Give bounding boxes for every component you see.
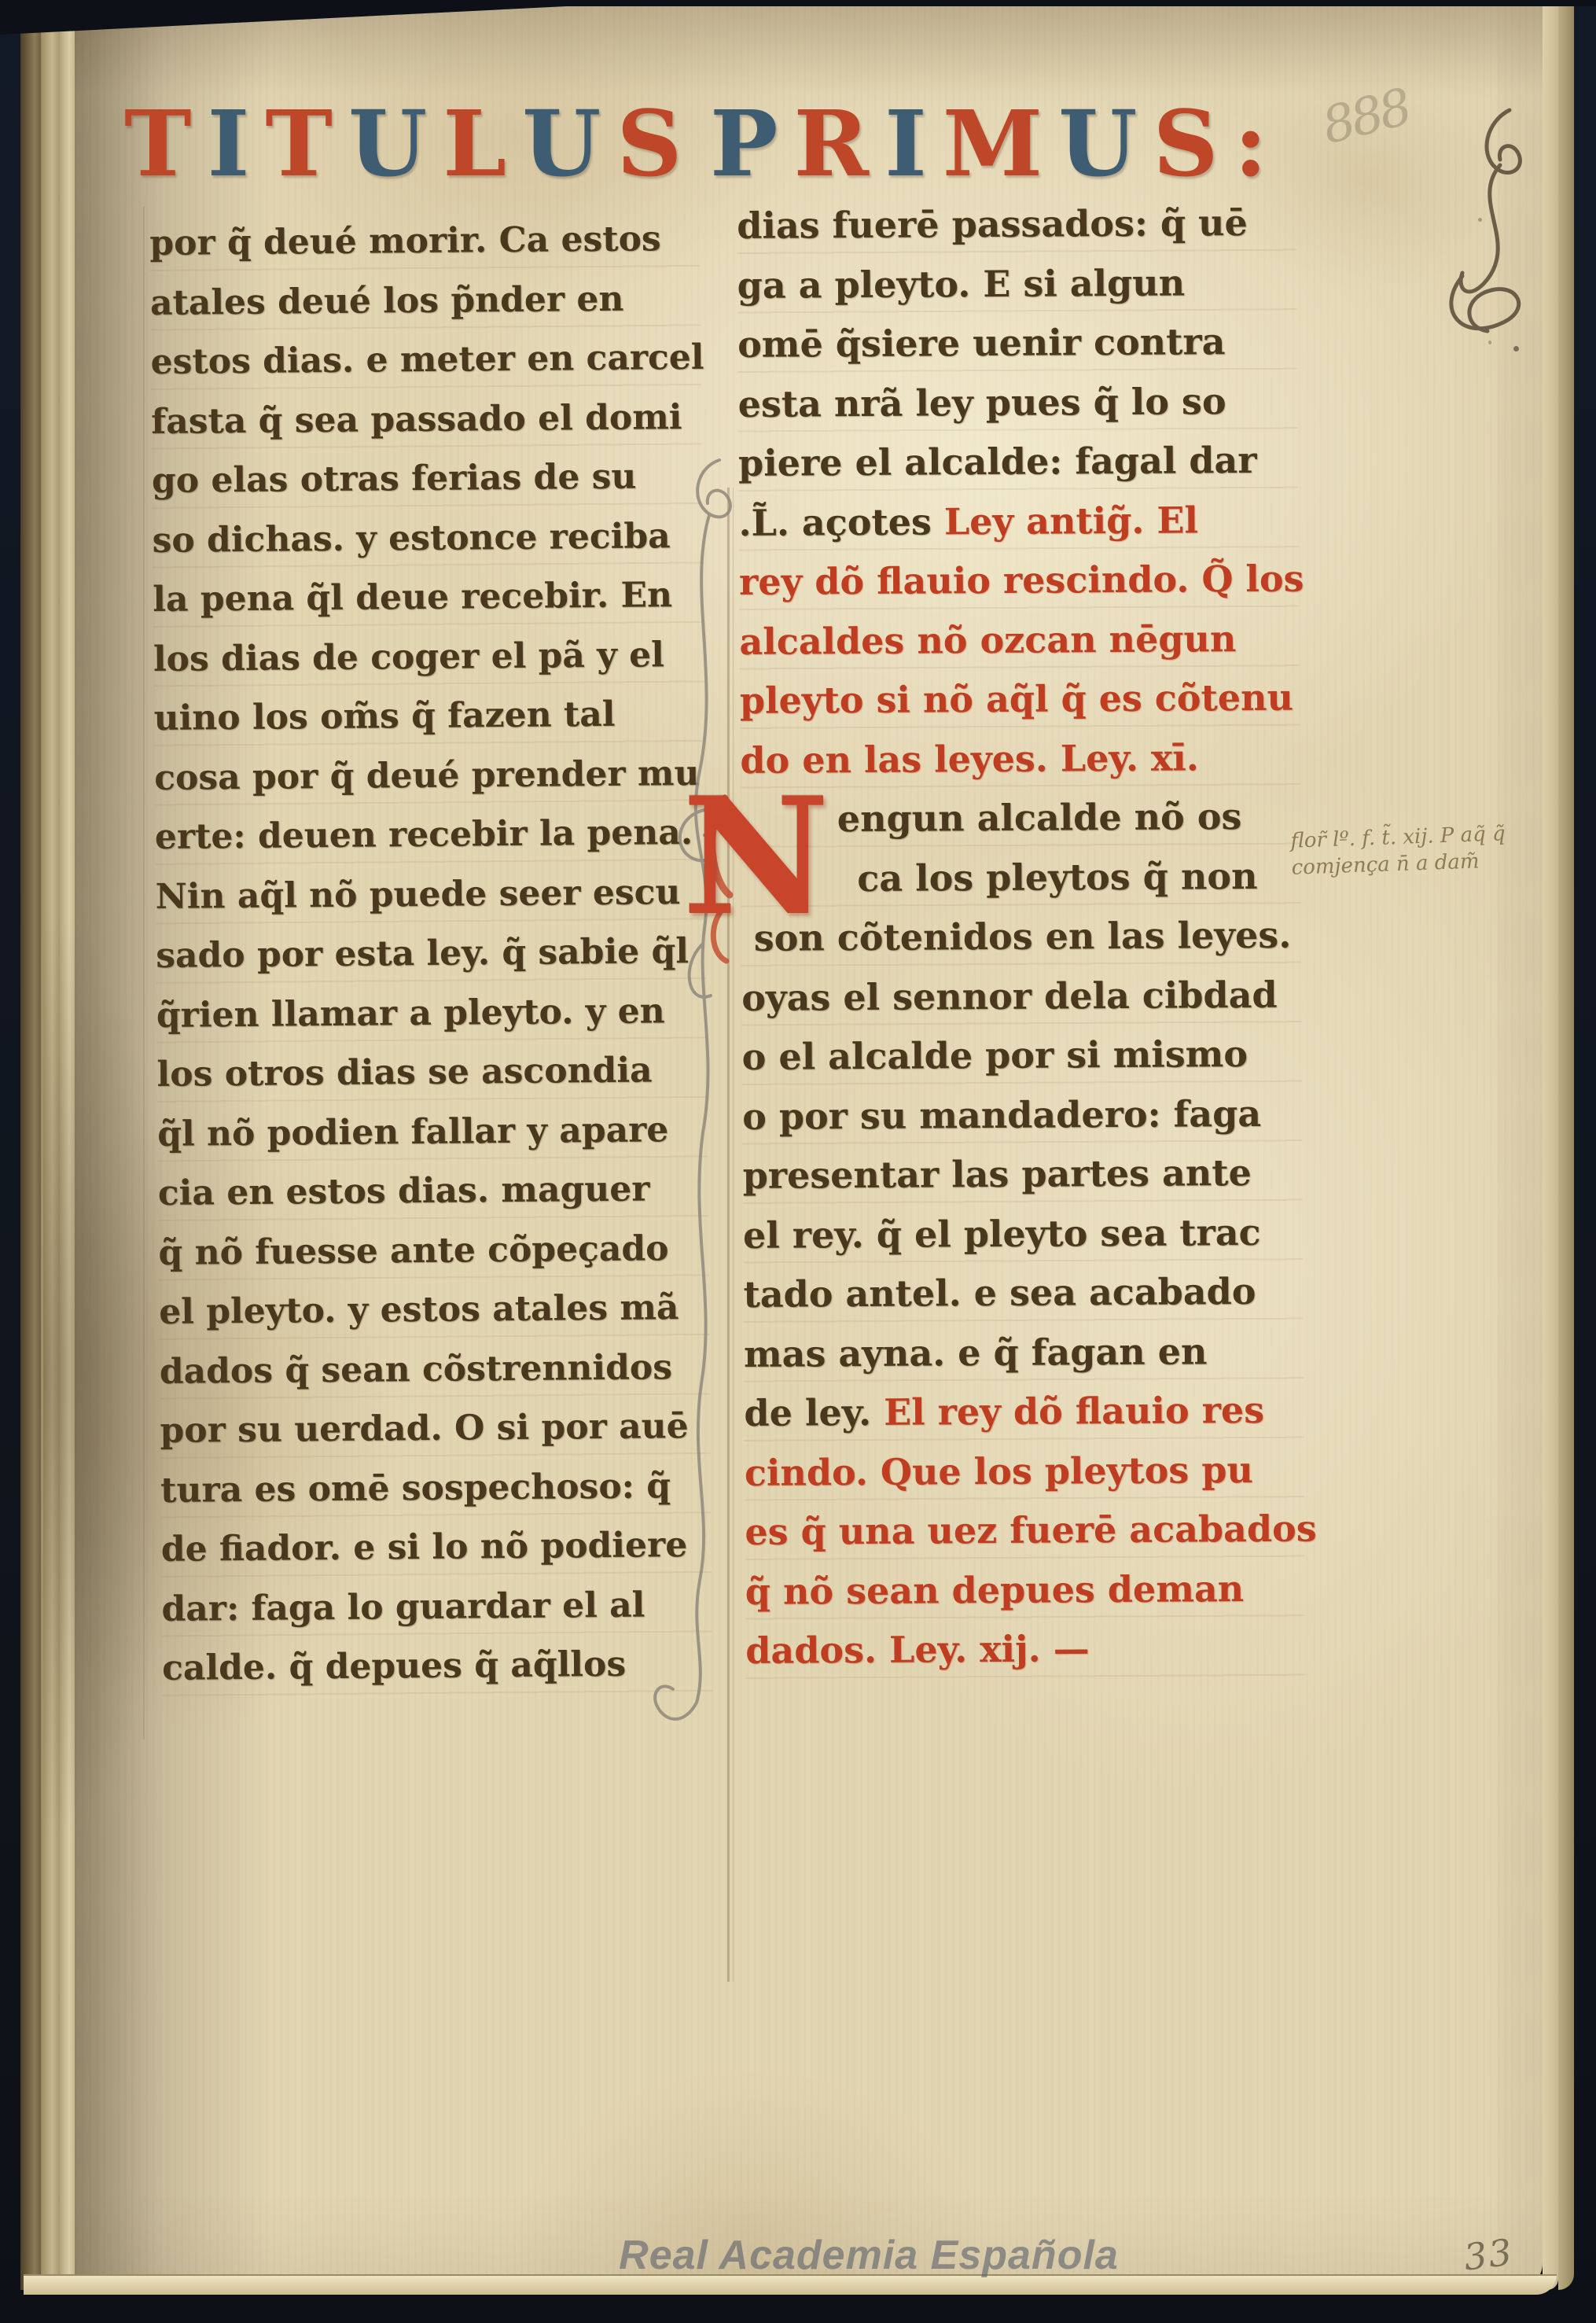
text-line: tura es omē sospechoso: q̃	[160, 1456, 712, 1520]
text-line: cindo. Que los pleytos pu	[745, 1440, 1304, 1503]
text-segment: presentar las partes ante	[742, 1151, 1251, 1197]
text-segment: erte: deuen recebir la pena.	[155, 812, 693, 857]
text-segment: engun alcalde nõ os	[837, 795, 1242, 840]
title-letter: S	[1153, 91, 1234, 197]
text-line: omē q̃siere uenir contra	[737, 312, 1297, 375]
text-segment: de fiador. e si lo nõ podiere	[161, 1525, 688, 1570]
text-line: cia en estos dias. maguer	[158, 1159, 709, 1224]
text-column-left: por q̃ deué morir. Ca estosatales deué l…	[149, 209, 712, 1699]
text-segment: dados q̃ sean cõstrennidos	[160, 1347, 673, 1392]
text-segment: El rey dõ flauio res	[884, 1389, 1264, 1434]
title-letter: P	[710, 91, 793, 197]
text-segment: dados. Ley. xij. —	[745, 1627, 1090, 1672]
text-segment: sado por esta ley. q̃ sabie q̃l	[156, 931, 689, 976]
text-segment: tura es omē sospechoso: q̃	[160, 1466, 671, 1511]
text-line: el rey. q̃ el pleyto sea trac	[743, 1202, 1303, 1265]
text-line: por su uerdad. O si por auē	[160, 1397, 711, 1461]
text-line: estos dias. e meter en carcel	[150, 328, 701, 392]
title-letter: I	[884, 91, 943, 197]
title-letter: M	[943, 91, 1058, 197]
title-letter: U	[1058, 91, 1153, 197]
title-letter: R	[793, 91, 884, 197]
text-line: dados. Ley. xij. —	[745, 1618, 1305, 1681]
text-line: rey dõ flauio rescindo. Q̃ los	[739, 550, 1299, 613]
text-line: .L̃. açotes Ley antig̃. El	[738, 490, 1298, 553]
title-letter: L	[443, 91, 522, 197]
title-letter: U	[348, 91, 443, 197]
text-line: pleyto si nõ aq̃l q̃ es cõtenu	[740, 668, 1300, 731]
text-line: go elas otras ferias de su	[152, 447, 703, 511]
text-segment: Ley antig̃. El	[944, 499, 1198, 543]
column-rule-left	[143, 206, 145, 1739]
text-line: es q̃ una uez fuerē acabados	[745, 1500, 1304, 1563]
title-letter: T	[124, 91, 208, 197]
text-line: por q̃ deué morir. Ca estos	[149, 209, 701, 274]
folio-number: 33	[1462, 2230, 1516, 2278]
title-letter: S	[616, 91, 697, 197]
text-segment: atales deué los p̃nder en	[150, 278, 624, 322]
text-segment: por q̃ deué morir. Ca estos	[149, 219, 661, 263]
title-letter: I	[208, 91, 266, 197]
text-line: q̃l nõ podien fallar y apare	[157, 1099, 708, 1164]
text-line: esta nrã ley pues q̃ lo so	[737, 371, 1297, 434]
text-line: piere el alcalde: fagal dar	[738, 431, 1298, 494]
text-line: Nin aq̃l nõ puede seer escu	[155, 862, 706, 926]
text-segment: oyas el sennor dela cibdad	[741, 973, 1278, 1018]
text-segment: cindo. Que los pleytos pu	[745, 1449, 1253, 1494]
text-line: presentar las partes ante	[742, 1143, 1302, 1206]
drop-cap-initial: N	[682, 777, 829, 938]
margin-annotation: flor̃ lº. f. t̃. xij. P aq̃ q̃ comjença …	[1290, 820, 1507, 881]
text-line: el pleyto. y estos atales mã	[159, 1278, 710, 1342]
text-segment: esta nrã ley pues q̃ lo so	[737, 380, 1226, 425]
text-segment: o por su mandadero: faga	[742, 1092, 1261, 1137]
text-line: dias fuerē passados: q̃ uē	[737, 193, 1296, 256]
text-line: sado por esta ley. q̃ sabie q̃l	[156, 922, 707, 986]
text-line: de ley. El rey dõ flauio res	[744, 1381, 1304, 1444]
text-segment: de ley.	[744, 1391, 884, 1434]
text-segment: los dias de coger el pã y el	[153, 635, 664, 679]
text-line: los dias de coger el pã y el	[153, 624, 704, 689]
text-segment: el rey. q̃ el pleyto sea trac	[743, 1210, 1261, 1256]
text-segment: q̃ nõ sean depues deman	[745, 1567, 1245, 1613]
text-line: dar: faga lo guardar el al	[161, 1574, 712, 1639]
title-letter: U	[522, 91, 616, 197]
text-segment: cosa por q̃ deué prender mu	[154, 753, 700, 797]
text-line: o el alcalde por si mismo	[741, 1025, 1301, 1088]
text-line: q̃ nõ fuesse ante cõpeçado	[158, 1218, 709, 1283]
text-line: alcaldes nõ ozcan nēgun	[739, 609, 1299, 672]
text-segment: pleyto si nõ aq̃l q̃ es cõtenu	[740, 676, 1293, 722]
text-line: la pena q̃l deue recebir. En	[153, 565, 704, 630]
text-line: q̃ nõ sean depues deman	[745, 1559, 1305, 1622]
text-segment: fasta q̃ sea passado el domi	[151, 397, 682, 442]
manuscript-page-scan: TITULUS PRIMUS: por q̃ deué morir. Ca es…	[0, 0, 1596, 2323]
title-letter: T	[265, 91, 348, 197]
gutter-leaf-edge	[20, 0, 41, 2290]
text-line: q̃rien llamar a pleyto. y en	[156, 981, 708, 1045]
text-segment: alcaldes nõ ozcan nēgun	[739, 617, 1236, 663]
fore-edge-strip	[1558, 0, 1574, 2290]
text-segment: tado antel. e sea acabado	[743, 1270, 1256, 1316]
text-segment: estos dias. e meter en carcel	[150, 337, 704, 382]
text-segment: omē q̃siere uenir contra	[737, 320, 1226, 366]
text-line: o por su mandadero: faga	[742, 1084, 1302, 1147]
text-line: so dichas. y estonce reciba	[152, 506, 703, 570]
text-segment: mas ayna. e q̃ fagan en	[744, 1330, 1208, 1375]
text-line: erte: deuen recebir la pena.	[155, 803, 706, 867]
text-segment: son cõtenidos en las leyes.	[754, 914, 1292, 959]
text-line: fasta q̃ sea passado el domi	[151, 387, 702, 451]
watermark: Real Academia Española	[542, 2232, 1195, 2279]
text-line: dados q̃ sean cõstrennidos	[160, 1337, 711, 1401]
text-line: cosa por q̃ deué prender mu	[154, 743, 705, 808]
ink-speck	[1513, 346, 1519, 352]
text-line: calde. q̃ depues q̃ aq̃llos	[162, 1634, 713, 1699]
running-title-word-primus: PRIMUS:	[710, 91, 1283, 197]
text-segment: dar: faga lo guardar el al	[161, 1585, 645, 1629]
text-segment: es q̃ una uez fuerē acabados	[745, 1508, 1317, 1553]
text-segment: q̃l nõ podien fallar y apare	[157, 1110, 668, 1154]
text-line: uino los om̃s q̃ fazen tal	[153, 684, 704, 749]
title-letter: :	[1234, 91, 1283, 197]
ink-speck	[1488, 341, 1491, 344]
running-title-word-titulus: TITULUS	[124, 91, 697, 197]
text-segment: Nin aq̃l nõ puede seer escu	[155, 872, 680, 917]
text-line: atales deué los p̃nder en	[150, 268, 701, 333]
text-segment: .L̃. açotes	[738, 500, 944, 544]
ink-speck	[1478, 218, 1482, 222]
text-segment: dias fuerē passados: q̃ uē	[737, 201, 1248, 247]
penwork-flourish	[645, 440, 755, 1730]
text-segment: la pena q̃l deue recebir. En	[153, 575, 672, 620]
text-segment: el pleyto. y estos atales mã	[159, 1287, 679, 1332]
text-segment: ga a pleyto. E si algun	[737, 261, 1186, 306]
text-segment: piere el alcalde: fagal dar	[738, 439, 1257, 484]
ink-paraph-mark	[1415, 98, 1557, 358]
text-line: los otros dias se ascondia	[156, 1040, 708, 1105]
text-segment: rey dõ flauio rescindo. Q̃ los	[739, 558, 1304, 603]
text-segment: uino los om̃s q̃ fazen tal	[153, 694, 615, 738]
text-line: tado antel. e sea acabado	[743, 1262, 1303, 1325]
text-segment: go elas otras ferias de su	[152, 457, 637, 501]
text-line: oyas el sennor dela cibdad	[741, 965, 1301, 1028]
text-segment: q̃ nõ fuesse ante cõpeçado	[158, 1228, 668, 1273]
text-line: de fiador. e si lo nõ podiere	[160, 1515, 712, 1580]
text-segment: los otros dias se ascondia	[156, 1050, 652, 1094]
text-segment: calde. q̃ depues q̃ aq̃llos	[162, 1644, 626, 1688]
text-segment: q̃rien llamar a pleyto. y en	[156, 991, 665, 1036]
text-segment: o el alcalde por si mismo	[742, 1033, 1248, 1078]
text-segment: so dichas. y estonce reciba	[152, 516, 670, 561]
text-segment: ca los pleytos q̃ non	[857, 854, 1257, 899]
text-line: mas ayna. e q̃ fagan en	[744, 1321, 1304, 1384]
text-line: ga a pleyto. E si algun	[737, 252, 1296, 315]
text-segment: por su uerdad. O si por auē	[160, 1406, 689, 1451]
text-segment: cia en estos dias. maguer	[158, 1169, 650, 1213]
